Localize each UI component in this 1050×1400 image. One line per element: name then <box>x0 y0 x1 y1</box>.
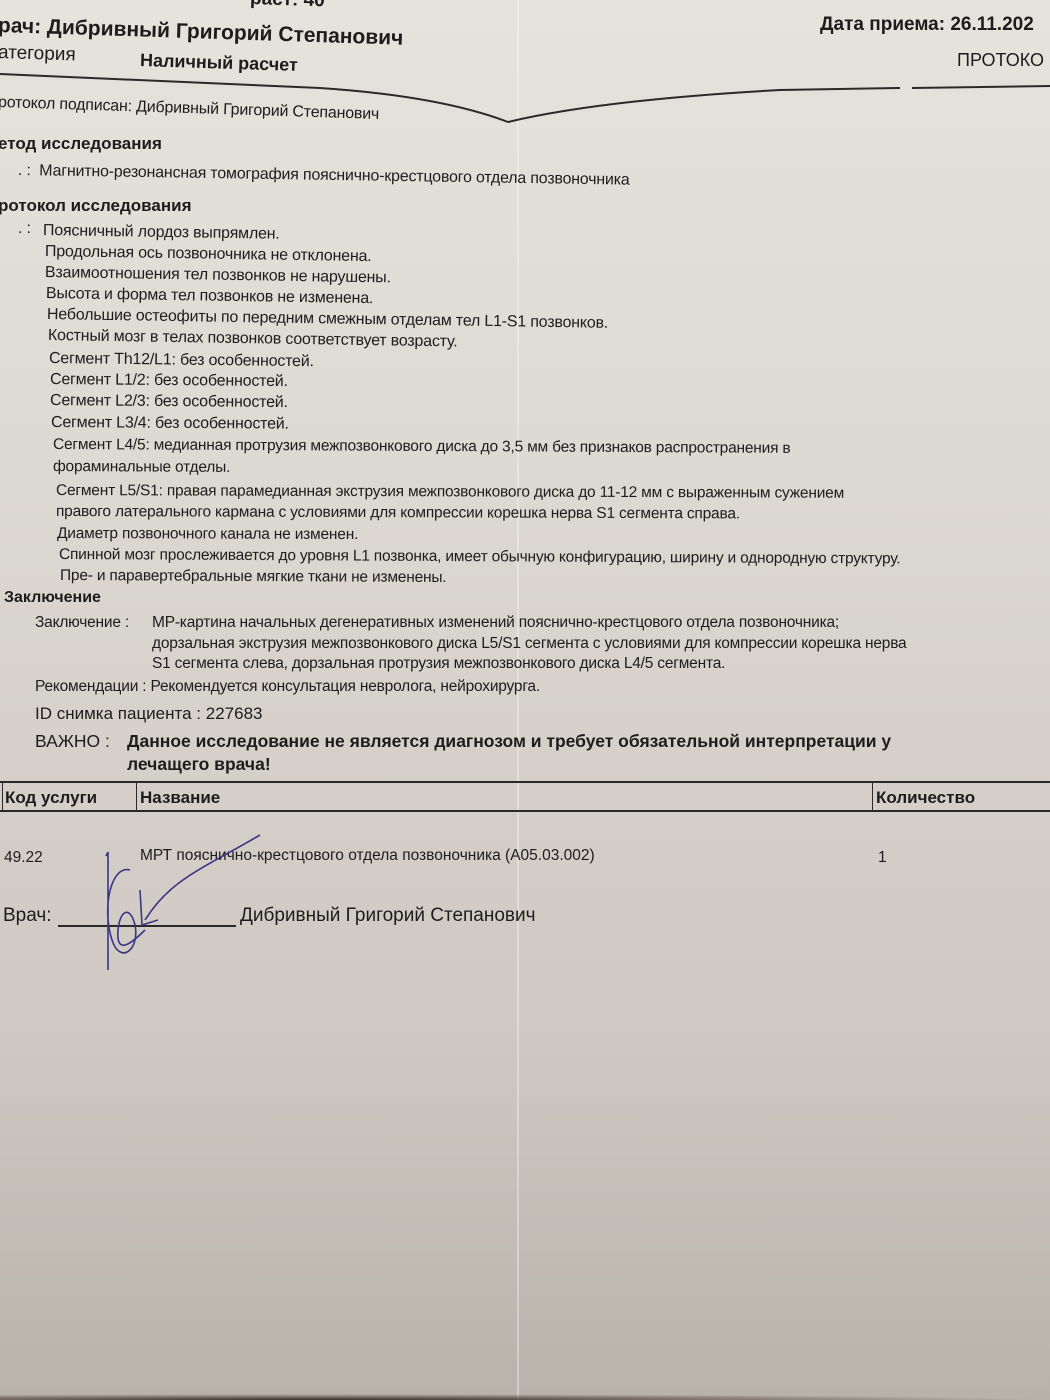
table-top-border <box>0 781 1050 783</box>
protocol-line: Спинной мозг прослеживается до уровня L1… <box>59 546 900 568</box>
signature-name: Дибривный Григорий Степанович <box>240 905 536 927</box>
conclusion-heading: Заключение <box>4 589 101 607</box>
handwritten-signature <box>100 830 280 980</box>
conclusion-line-3: S1 сегмента слева, дорзальная протрузия … <box>152 655 725 673</box>
method-heading: етод исследования <box>0 134 162 154</box>
method-prefix: . : <box>18 162 31 179</box>
image-id-value: 227683 <box>206 704 263 723</box>
doctor-name: Дибривный Григорий Степанович <box>47 16 404 50</box>
patient-age: раст: 40 <box>250 0 325 12</box>
table-header-border <box>0 810 1050 812</box>
signature-label: Врач: <box>3 905 52 927</box>
protocol-line: Сегмент Th12/L1: без особенностей. <box>49 350 314 371</box>
important-line-1: Данное исследование не является диагнозо… <box>127 731 891 752</box>
service-quantity: 1 <box>878 849 887 867</box>
protocol-line: Сегмент L3/4: без особенностей. <box>51 414 289 434</box>
important-label: ВАЖНО : <box>35 731 110 752</box>
conclusion-line-2: дорзальная экструзия межпозвонкового дис… <box>152 635 906 653</box>
date-label: Дата приема: <box>820 14 945 35</box>
protocol-line: Взаимоотношения тел позвонков не нарушен… <box>45 264 391 287</box>
paper-fold <box>517 0 519 1400</box>
protocol-line: Диаметр позвоночного канала не изменен. <box>57 525 358 544</box>
table-surface-edge <box>0 1394 1050 1400</box>
protocol-line: Сегмент L1/2: без особенностей. <box>50 371 288 391</box>
recommendations-label: Рекомендации : <box>35 678 146 695</box>
protocol-title: ПРОТОКО <box>957 50 1044 71</box>
protocol-line: Сегмент L2/3: без особенностей. <box>50 392 288 412</box>
column-header-code: Код услуги <box>5 788 97 808</box>
protocol-heading: ротокол исследования <box>0 196 191 216</box>
protocol-line: Пре- и паравертебральные мягкие ткани не… <box>60 567 447 587</box>
image-id-label: ID снимка пациента : <box>35 704 201 723</box>
protocol-prefix: . : <box>18 220 31 238</box>
protocol-line: правого латерального кармана с условиями… <box>56 503 740 523</box>
recommendations-text: Рекомендуется консультация невролога, не… <box>150 678 539 695</box>
patient-image-id: ID снимка пациента : 227683 <box>35 704 262 724</box>
method-text: . : Магнитно-резонансная томография пояс… <box>18 162 630 190</box>
column-header-name: Название <box>140 788 220 808</box>
protocol-line: Сегмент L5/S1: правая парамедианная экст… <box>56 482 844 503</box>
signed-label: ротокол подписан: <box>0 94 132 115</box>
protocol-line: Сегмент L4/5: медианная протрузия межпоз… <box>53 436 791 458</box>
protocol-line: Высота и форма тел позвонков не изменена… <box>46 285 373 308</box>
date-value: 26.11.202 <box>950 14 1033 35</box>
protocol-line: Поясничный лордоз выпрямлен. <box>43 222 280 244</box>
method-value: Магнитно-резонансная томография поясничн… <box>39 162 630 188</box>
service-code: 49.22 <box>4 849 43 867</box>
important-line-2: лечащего врача! <box>127 754 271 775</box>
table-col-divider <box>136 783 137 811</box>
appointment-date: Дата приема: 26.11.202 <box>820 14 1034 36</box>
protocol-line: Костный мозг в телах позвонков соответст… <box>48 327 458 351</box>
table-col-divider <box>872 783 873 811</box>
conclusion-label: Заключение : <box>35 614 129 632</box>
column-header-quantity: Количество <box>876 788 975 808</box>
protocol-line: Продольная ось позвоночника не отклонена… <box>45 243 372 266</box>
protocol-line: фораминальные отделы. <box>53 458 230 477</box>
category-label: атегория <box>0 42 76 66</box>
conclusion-line-1: МР-картина начальных дегенеративных изме… <box>152 614 839 632</box>
doctor-label: рач: <box>0 14 42 38</box>
recommendations: Рекомендации : Рекомендуется консультаци… <box>35 678 540 696</box>
table-col-divider <box>2 783 3 811</box>
